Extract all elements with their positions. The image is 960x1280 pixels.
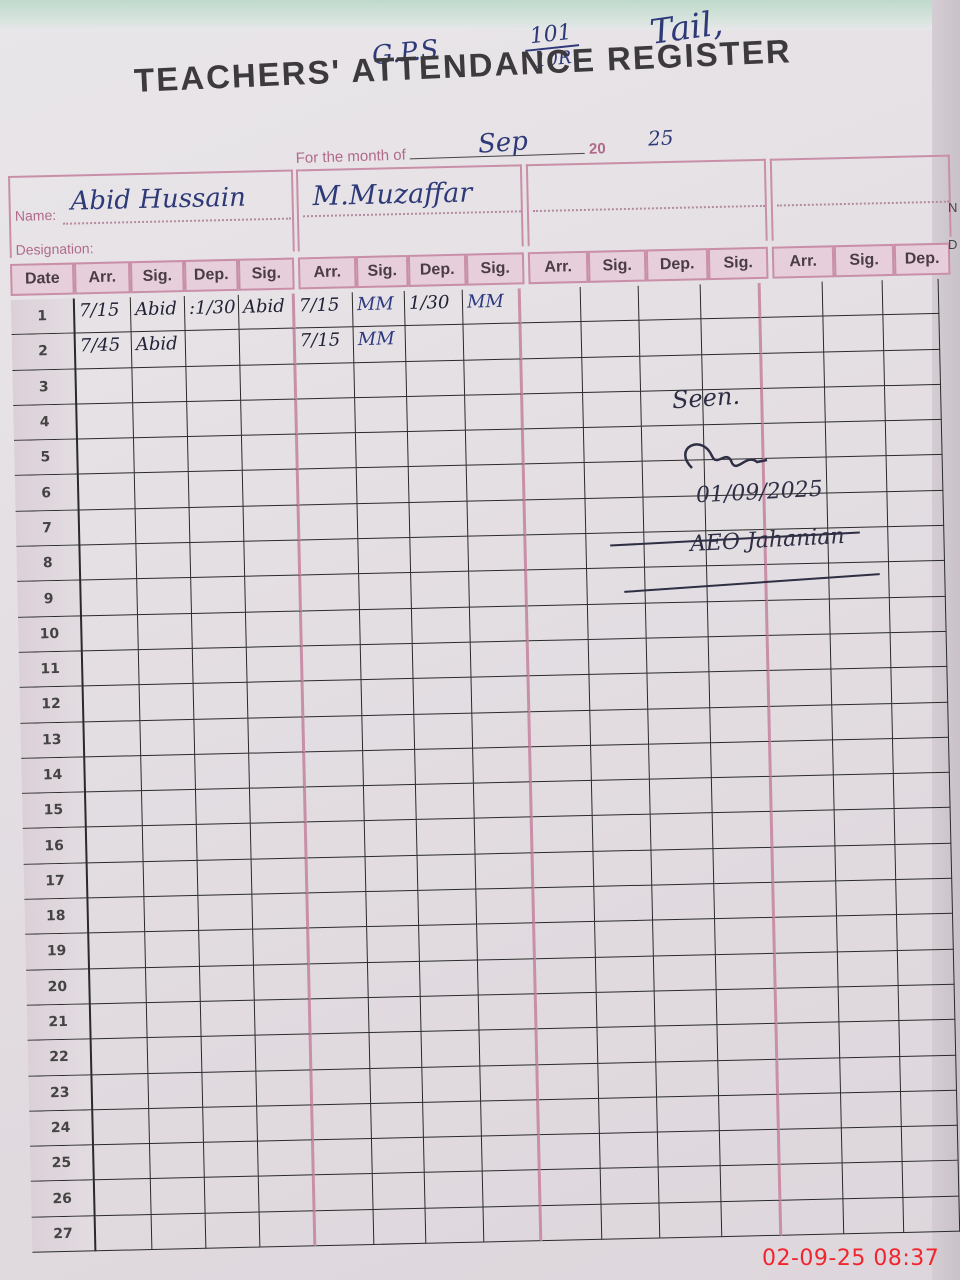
attendance-cell[interactable] (76, 368, 133, 405)
attendance-cell[interactable]: Abid (131, 296, 186, 333)
attendance-cell[interactable] (368, 961, 421, 997)
attendance-cell[interactable] (468, 500, 527, 537)
attendance-cell[interactable] (888, 526, 945, 563)
attendance-cell[interactable] (240, 364, 297, 401)
attendance-cell[interactable] (713, 848, 774, 885)
attendance-cell[interactable] (356, 432, 409, 468)
attendance-cell[interactable] (597, 991, 656, 1028)
attendance-cell[interactable] (714, 883, 775, 920)
attendance-cell[interactable] (136, 543, 191, 580)
attendance-cell[interactable] (306, 786, 365, 823)
attendance-cell[interactable] (521, 322, 582, 359)
attendance-cell[interactable] (78, 438, 135, 475)
attendance-cell[interactable] (301, 575, 360, 612)
attendance-cell[interactable] (316, 1210, 375, 1247)
attendance-cell[interactable] (761, 317, 824, 354)
attendance-cell[interactable]: 1/30 (405, 290, 464, 327)
attendance-cell[interactable] (585, 497, 644, 534)
attendance-cell[interactable] (775, 917, 838, 954)
attendance-cell[interactable] (136, 508, 191, 545)
attendance-cell[interactable] (771, 740, 834, 777)
attendance-cell[interactable] (595, 921, 654, 958)
attendance-cell[interactable] (85, 756, 142, 793)
attendance-cell[interactable] (242, 435, 299, 472)
attendance-cell[interactable] (425, 1172, 484, 1209)
attendance-cell[interactable] (895, 844, 952, 881)
attendance-cell[interactable] (140, 684, 195, 721)
attendance-cell[interactable] (484, 1206, 543, 1243)
attendance-cell[interactable] (600, 1133, 659, 1170)
attendance-cell[interactable] (254, 964, 311, 1001)
attendance-cell[interactable] (823, 280, 884, 317)
attendance-cell[interactable] (763, 387, 826, 424)
attendance-cell[interactable] (721, 1200, 782, 1237)
attendance-cell[interactable] (589, 674, 648, 711)
attendance-cell[interactable] (199, 930, 254, 967)
attendance-cell[interactable] (474, 782, 533, 819)
attendance-cell[interactable] (422, 1031, 481, 1068)
attendance-cell[interactable] (91, 1003, 148, 1040)
attendance-cell[interactable] (773, 846, 836, 883)
attendance-cell[interactable] (533, 816, 594, 853)
attendance-cell[interactable] (81, 580, 138, 617)
attendance-cell[interactable] (408, 431, 467, 468)
attendance-cell[interactable] (310, 963, 369, 1000)
attendance-cell[interactable] (308, 892, 367, 929)
attendance-cell[interactable] (903, 1196, 960, 1233)
attendance-cell[interactable] (358, 538, 411, 574)
attendance-cell[interactable] (354, 362, 407, 398)
attendance-cell[interactable] (419, 925, 478, 962)
attendance-cell[interactable] (524, 428, 585, 465)
attendance-cell[interactable] (769, 634, 832, 671)
attendance-cell[interactable] (96, 1215, 153, 1252)
attendance-cell[interactable] (902, 1126, 959, 1163)
attendance-cell[interactable] (470, 606, 529, 643)
attendance-cell[interactable] (720, 1130, 781, 1167)
attendance-cell[interactable] (148, 1037, 203, 1074)
attendance-cell[interactable] (824, 351, 885, 388)
attendance-cell[interactable] (190, 507, 245, 544)
attendance-cell[interactable] (92, 1074, 149, 1111)
attendance-cell[interactable] (483, 1171, 542, 1208)
attendance-cell[interactable] (424, 1137, 483, 1174)
attendance-cell[interactable] (411, 572, 470, 609)
attendance-cell[interactable] (717, 1024, 778, 1061)
attendance-cell[interactable] (245, 576, 302, 613)
attendance-cell[interactable]: 7/15 (296, 327, 355, 364)
attendance-cell[interactable] (768, 599, 831, 636)
attendance-cell[interactable] (887, 491, 944, 528)
attendance-cell[interactable] (412, 607, 471, 644)
attendance-cell[interactable]: Abid (132, 331, 187, 368)
attendance-cell[interactable] (827, 492, 888, 529)
attendance-cell[interactable] (892, 702, 949, 739)
attendance-cell[interactable] (780, 1128, 843, 1165)
attendance-cell[interactable] (149, 1108, 204, 1145)
attendance-cell[interactable] (534, 887, 595, 924)
attendance-cell[interactable] (835, 810, 896, 847)
attendance-cell[interactable] (305, 751, 364, 788)
attendance-cell[interactable] (701, 283, 762, 320)
attendance-cell[interactable] (599, 1097, 658, 1134)
attendance-cell[interactable] (422, 1066, 481, 1103)
attendance-cell[interactable] (147, 1002, 202, 1039)
attendance-cell[interactable] (658, 1131, 721, 1168)
attendance-cell[interactable] (482, 1135, 541, 1172)
attendance-cell[interactable] (711, 742, 772, 779)
attendance-cell[interactable] (420, 960, 479, 997)
attendance-cell[interactable] (206, 1212, 261, 1249)
attendance-cell[interactable] (839, 986, 900, 1023)
attendance-cell[interactable]: MM (353, 291, 406, 327)
attendance-cell[interactable] (361, 644, 414, 680)
attendance-cell[interactable] (715, 918, 776, 955)
attendance-cell[interactable] (92, 1038, 149, 1075)
attendance-cell[interactable] (84, 721, 141, 758)
attendance-cell[interactable] (532, 781, 593, 818)
attendance-cell[interactable] (88, 862, 145, 899)
attendance-cell[interactable] (88, 897, 145, 934)
attendance-cell[interactable] (843, 1198, 904, 1235)
attendance-cell[interactable] (541, 1169, 602, 1206)
attendance-cell[interactable] (416, 784, 475, 821)
attendance-cell[interactable] (151, 1178, 206, 1215)
attendance-cell[interactable] (256, 1070, 313, 1107)
attendance-cell[interactable] (94, 1144, 151, 1181)
attendance-cell[interactable] (659, 1167, 722, 1204)
attendance-cell[interactable] (373, 1173, 426, 1209)
attendance-cell[interactable] (597, 1027, 656, 1064)
attendance-cell[interactable] (772, 776, 835, 813)
attendance-cell[interactable] (590, 709, 649, 746)
attendance-cell[interactable] (837, 915, 898, 952)
attendance-cell[interactable]: MM (463, 288, 522, 325)
attendance-cell[interactable] (639, 320, 702, 357)
attendance-cell[interactable] (240, 329, 297, 366)
attendance-cell[interactable] (203, 1106, 258, 1143)
attendance-cell[interactable] (761, 282, 824, 319)
attendance-cell[interactable] (95, 1179, 152, 1216)
attendance-cell[interactable] (843, 1162, 904, 1199)
attendance-cell[interactable] (779, 1093, 842, 1130)
attendance-cell[interactable] (186, 365, 241, 402)
attendance-cell[interactable]: 7/45 (76, 333, 133, 370)
attendance-cell[interactable] (80, 544, 137, 581)
attendance-cell[interactable] (651, 814, 714, 851)
attendance-cell[interactable] (581, 321, 640, 358)
attendance-cell[interactable] (362, 714, 415, 750)
attendance-cell[interactable] (248, 682, 305, 719)
attendance-cell[interactable] (531, 746, 592, 783)
attendance-cell[interactable] (581, 286, 640, 323)
attendance-cell[interactable] (773, 811, 836, 848)
attendance-cell[interactable]: 7/15 (75, 297, 132, 334)
attendance-cell[interactable]: Abid (239, 294, 296, 331)
attendance-cell[interactable] (648, 708, 711, 745)
attendance-cell[interactable] (825, 386, 886, 423)
attendance-cell[interactable] (371, 1103, 424, 1139)
attendance-cell[interactable] (522, 358, 583, 395)
attendance-cell[interactable] (309, 927, 368, 964)
attendance-cell[interactable] (202, 1036, 257, 1073)
attendance-cell[interactable] (468, 535, 527, 572)
attendance-cell[interactable] (187, 401, 242, 438)
attendance-cell[interactable] (659, 1202, 722, 1239)
attendance-cell[interactable] (192, 612, 247, 649)
attendance-cell[interactable] (315, 1174, 374, 1211)
attendance-cell[interactable] (709, 671, 770, 708)
attendance-cell[interactable] (247, 646, 304, 683)
attendance-cell[interactable] (884, 349, 941, 386)
attendance-cell[interactable] (894, 773, 951, 810)
attendance-cell[interactable] (418, 890, 477, 927)
attendance-cell[interactable] (300, 539, 359, 576)
attendance-cell[interactable] (480, 1065, 539, 1102)
attendance-cell[interactable] (887, 455, 944, 492)
attendance-cell[interactable] (144, 861, 199, 898)
attendance-cell[interactable] (248, 717, 305, 754)
attendance-cell[interactable] (593, 850, 652, 887)
attendance-cell[interactable] (195, 754, 250, 791)
attendance-cell[interactable] (200, 965, 255, 1002)
attendance-cell[interactable] (639, 284, 702, 321)
attendance-cell[interactable] (152, 1214, 207, 1251)
attendance-cell[interactable] (83, 650, 140, 687)
attendance-cell[interactable] (410, 501, 469, 538)
attendance-cell[interactable] (709, 636, 770, 673)
attendance-cell[interactable] (834, 774, 895, 811)
attendance-cell[interactable] (890, 597, 947, 634)
attendance-cell[interactable] (259, 1176, 316, 1213)
attendance-cell[interactable] (304, 680, 363, 717)
attendance-cell[interactable] (521, 287, 582, 324)
attendance-cell[interactable] (426, 1207, 485, 1244)
attendance-cell[interactable] (370, 1067, 423, 1103)
attendance-cell[interactable] (587, 568, 646, 605)
attendance-cell[interactable] (530, 710, 591, 747)
attendance-cell[interactable] (533, 852, 594, 889)
attendance-cell[interactable] (883, 279, 940, 316)
attendance-cell[interactable] (588, 603, 647, 640)
attendance-cell[interactable] (312, 1033, 371, 1070)
attendance-cell[interactable] (256, 1035, 313, 1072)
attendance-cell[interactable] (476, 853, 535, 890)
attendance-cell[interactable] (138, 614, 193, 651)
attendance-cell[interactable] (601, 1203, 660, 1240)
attendance-cell[interactable] (654, 955, 717, 992)
attendance-cell[interactable] (594, 886, 653, 923)
attendance-cell[interactable] (417, 819, 476, 856)
attendance-cell[interactable] (463, 324, 522, 361)
attendance-cell[interactable] (538, 1063, 599, 1100)
attendance-cell[interactable] (473, 747, 532, 784)
attendance-cell[interactable] (903, 1161, 960, 1198)
attendance-cell[interactable] (303, 645, 362, 682)
attendance-cell[interactable] (296, 363, 355, 400)
attendance-cell[interactable] (374, 1209, 427, 1245)
attendance-cell[interactable] (466, 430, 525, 467)
attendance-cell[interactable] (366, 891, 419, 927)
attendance-cell[interactable] (194, 718, 249, 755)
attendance-cell[interactable] (258, 1140, 315, 1177)
attendance-cell[interactable] (421, 995, 480, 1032)
attendance-cell[interactable] (898, 949, 955, 986)
attendance-cell[interactable] (777, 1023, 840, 1060)
attendance-cell[interactable] (311, 998, 370, 1035)
attendance-cell[interactable] (363, 750, 416, 786)
attendance-cell[interactable] (80, 509, 137, 546)
attendance-cell[interactable] (257, 1105, 314, 1142)
attendance-cell[interactable] (598, 1062, 657, 1099)
attendance-cell[interactable] (142, 790, 197, 827)
attendance-cell[interactable] (584, 427, 643, 464)
attendance-cell[interactable] (135, 472, 190, 509)
attendance-cell[interactable] (593, 815, 652, 852)
attendance-cell[interactable] (781, 1164, 844, 1201)
attendance-cell[interactable] (140, 719, 195, 756)
attendance-cell[interactable] (410, 537, 469, 574)
attendance-cell[interactable] (896, 879, 953, 916)
attendance-cell[interactable] (901, 1091, 958, 1128)
attendance-cell[interactable] (472, 677, 531, 714)
attendance-cell[interactable] (539, 1099, 600, 1136)
attendance-cell[interactable] (77, 403, 134, 440)
attendance-cell[interactable] (362, 679, 415, 715)
attendance-cell[interactable] (190, 542, 245, 579)
attendance-cell[interactable] (477, 924, 536, 961)
attendance-cell[interactable] (883, 314, 940, 351)
attendance-cell[interactable] (464, 359, 523, 396)
attendance-cell[interactable] (891, 632, 948, 669)
attendance-cell[interactable] (145, 931, 200, 968)
attendance-cell[interactable] (244, 541, 301, 578)
attendance-cell[interactable] (406, 325, 465, 362)
attendance-cell[interactable] (529, 640, 590, 677)
attendance-cell[interactable] (777, 987, 840, 1024)
attendance-cell[interactable] (372, 1138, 425, 1174)
attendance-cell[interactable] (250, 788, 307, 825)
attendance-cell[interactable] (418, 854, 477, 891)
attendance-cell[interactable] (655, 1025, 718, 1062)
attendance-cell[interactable] (536, 958, 597, 995)
attendance-cell[interactable] (650, 778, 713, 815)
attendance-cell[interactable] (253, 929, 310, 966)
attendance-cell[interactable] (647, 637, 710, 674)
attendance-cell[interactable] (830, 598, 891, 635)
attendance-cell[interactable] (657, 1096, 720, 1133)
attendance-cell[interactable] (364, 785, 417, 821)
attendance-cell[interactable] (583, 392, 642, 429)
attendance-cell[interactable] (188, 436, 243, 473)
attendance-cell[interactable] (134, 437, 189, 474)
attendance-cell[interactable] (472, 712, 531, 749)
attendance-cell[interactable] (133, 402, 188, 439)
attendance-cell[interactable] (132, 367, 187, 404)
attendance-cell[interactable] (647, 672, 710, 709)
attendance-cell[interactable] (585, 462, 644, 499)
attendance-cell[interactable]: MM (354, 326, 407, 362)
attendance-cell[interactable] (831, 633, 892, 670)
attendance-cell[interactable] (205, 1177, 260, 1214)
attendance-cell[interactable] (82, 615, 139, 652)
attendance-cell[interactable] (481, 1100, 540, 1137)
attendance-cell[interactable] (312, 1069, 371, 1106)
attendance-cell[interactable] (652, 884, 715, 921)
attendance-cell[interactable] (899, 985, 956, 1022)
attendance-cell[interactable] (308, 857, 367, 894)
attendance-cell[interactable] (194, 683, 249, 720)
attendance-cell[interactable] (469, 571, 528, 608)
attendance-cell[interactable] (251, 823, 308, 860)
attendance-cell[interactable] (774, 881, 837, 918)
attendance-cell[interactable] (601, 1168, 660, 1205)
attendance-cell[interactable] (713, 812, 774, 849)
attendance-cell[interactable] (249, 752, 306, 789)
attendance-cell[interactable] (413, 643, 472, 680)
attendance-cell[interactable] (300, 504, 359, 541)
attendance-cell[interactable] (655, 990, 718, 1027)
attendance-cell[interactable] (535, 922, 596, 959)
attendance-cell[interactable] (423, 1101, 482, 1138)
attendance-cell[interactable] (307, 822, 366, 859)
attendance-cell[interactable] (191, 577, 246, 614)
attendance-cell[interactable] (241, 399, 298, 436)
attendance-cell[interactable] (148, 1072, 203, 1109)
attendance-cell[interactable] (646, 602, 709, 639)
attendance-cell[interactable] (304, 716, 363, 753)
attendance-cell[interactable] (314, 1139, 373, 1176)
attendance-cell[interactable] (298, 433, 357, 470)
attendance-cell[interactable] (841, 1092, 902, 1129)
attendance-cell[interactable] (540, 1134, 601, 1171)
attendance-cell[interactable] (407, 396, 466, 433)
attendance-cell[interactable] (719, 1095, 780, 1132)
attendance-cell[interactable] (525, 463, 586, 500)
attendance-cell[interactable] (84, 685, 141, 722)
attendance-cell[interactable] (358, 503, 411, 539)
attendance-cell[interactable] (146, 966, 201, 1003)
attendance-cell[interactable] (885, 385, 942, 422)
attendance-cell[interactable] (826, 421, 887, 458)
attendance-cell[interactable] (143, 825, 198, 862)
attendance-cell[interactable] (144, 896, 199, 933)
attendance-cell[interactable] (141, 755, 196, 792)
attendance-cell[interactable] (139, 649, 194, 686)
attendance-cell[interactable] (302, 610, 361, 647)
attendance-cell[interactable] (260, 1211, 317, 1248)
attendance-cell[interactable] (889, 561, 946, 598)
attendance-cell[interactable] (87, 827, 144, 864)
attendance-cell[interactable] (355, 397, 408, 433)
attendance-cell[interactable]: 7/15 (295, 292, 354, 329)
attendance-cell[interactable] (479, 994, 538, 1031)
attendance-cell[interactable] (297, 398, 356, 435)
attendance-cell[interactable] (189, 471, 244, 508)
attendance-cell[interactable] (710, 706, 771, 743)
attendance-cell[interactable] (198, 895, 253, 932)
attendance-cell[interactable] (827, 457, 888, 494)
attendance-cell[interactable] (653, 919, 716, 956)
attendance-cell[interactable] (367, 926, 420, 962)
attendance-cell[interactable] (893, 738, 950, 775)
attendance-cell[interactable] (778, 1058, 841, 1095)
attendance-cell[interactable] (313, 1104, 372, 1141)
attendance-cell[interactable] (193, 648, 248, 685)
attendance-cell[interactable] (406, 360, 465, 397)
attendance-cell[interactable] (475, 818, 534, 855)
attendance-cell[interactable] (649, 743, 712, 780)
